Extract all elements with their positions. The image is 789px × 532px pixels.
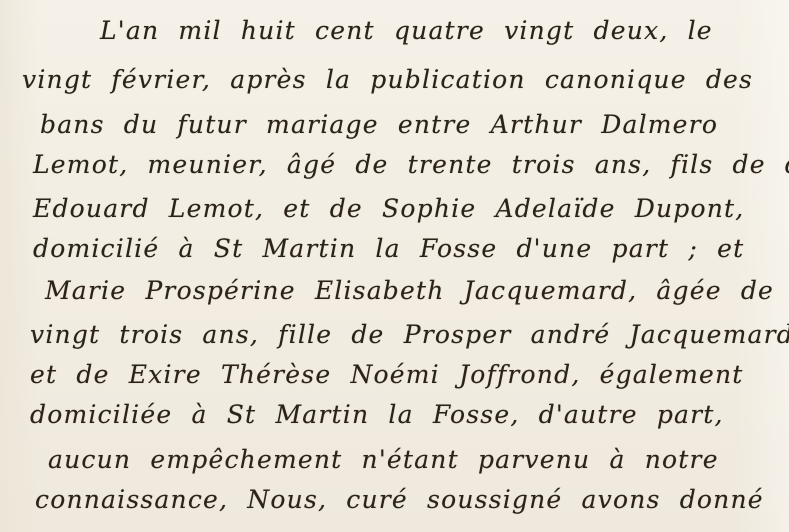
manuscript-line-4: Lemot, meunier, âgé de trente trois ans,… <box>33 150 789 179</box>
manuscript-line-9: et de Exire Thérèse Noémi Joffrond, égal… <box>30 360 744 389</box>
manuscript-page: L'an mil huit cent quatre vingt deux, le… <box>0 0 789 532</box>
manuscript-line-12: connaissance, Nous, curé soussigné avons… <box>35 485 764 514</box>
manuscript-line-2: vingt février, après la publication cano… <box>22 65 753 94</box>
manuscript-line-8: vingt trois ans, fille de Prosper andré … <box>30 320 789 349</box>
manuscript-line-11: aucun empêchement n'étant parvenu à notr… <box>48 445 719 474</box>
manuscript-line-6: domicilié à St Martin la Fosse d'une par… <box>33 234 744 263</box>
manuscript-line-10: domiciliée à St Martin la Fosse, d'autre… <box>30 400 724 429</box>
manuscript-line-7: Marie Prospérine Elisabeth Jacquemard, â… <box>45 276 774 305</box>
manuscript-line-5: Edouard Lemot, et de Sophie Adelaïde Dup… <box>33 194 744 223</box>
manuscript-line-1: L'an mil huit cent quatre vingt deux, le <box>100 16 713 45</box>
manuscript-line-3: bans du futur mariage entre Arthur Dalme… <box>40 110 718 139</box>
